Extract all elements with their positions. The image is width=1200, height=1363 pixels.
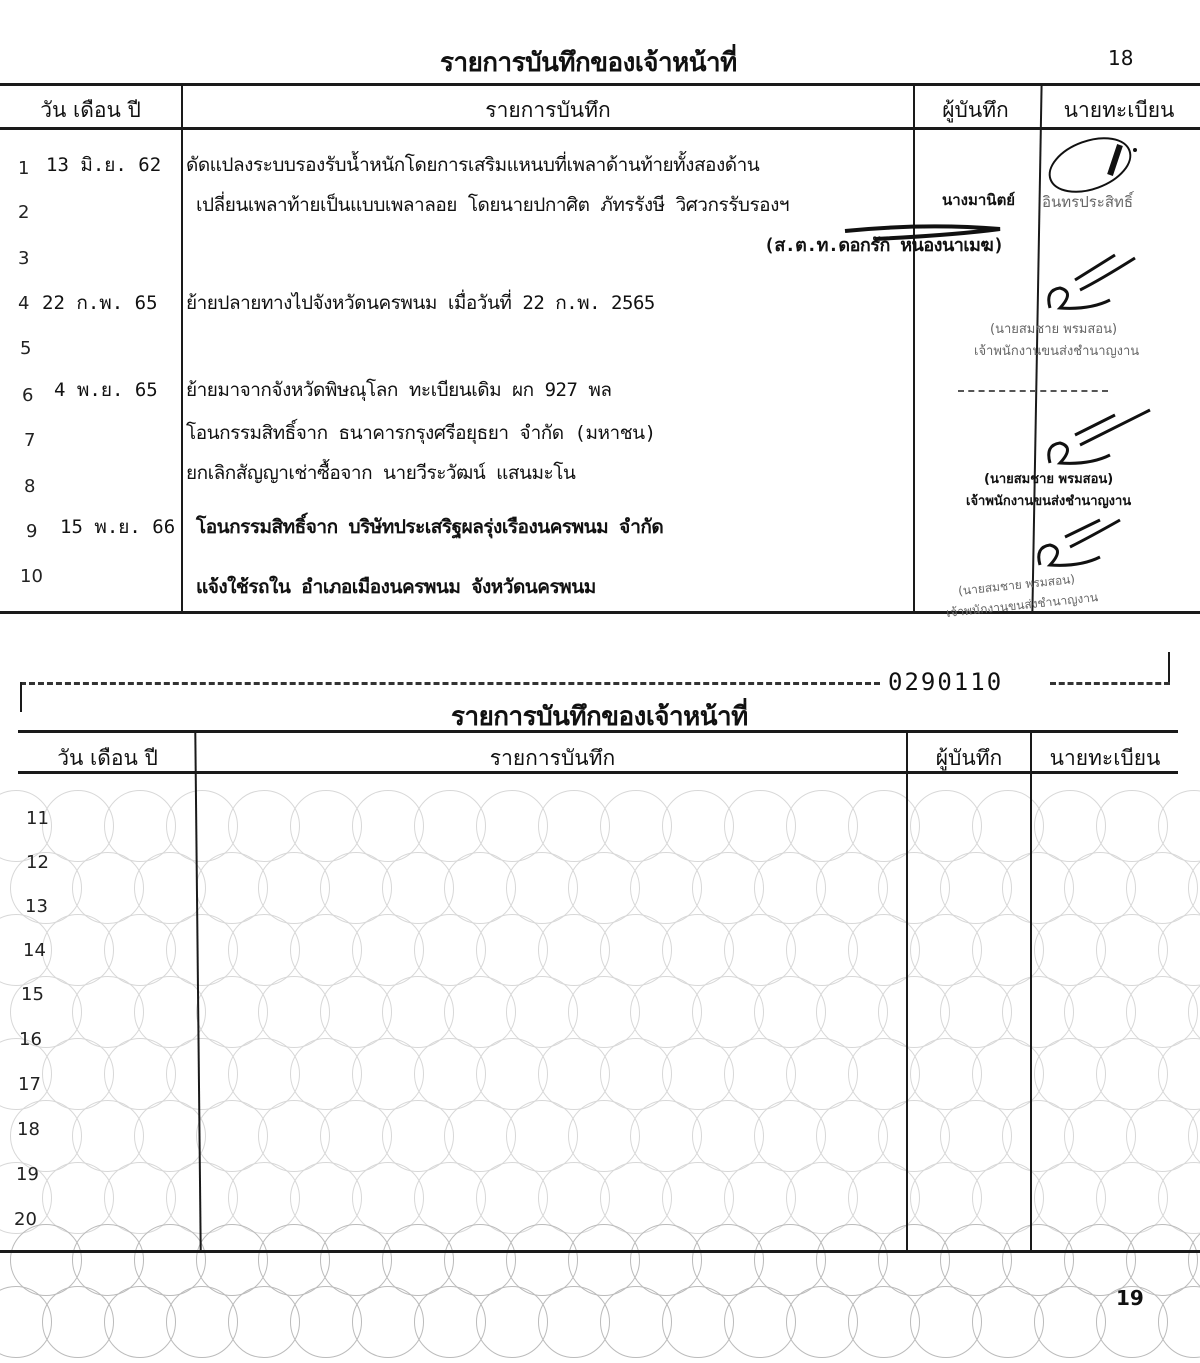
header-recorder: ผู้บันทึก bbox=[915, 94, 1036, 127]
registrar-name: (นายสมชาย พรมสอน) bbox=[984, 468, 1113, 489]
row-number: 14 bbox=[23, 940, 46, 961]
perforation-line bbox=[1050, 682, 1170, 687]
row-number: 16 bbox=[19, 1029, 42, 1050]
header-registrar: นายทะเบียน bbox=[1038, 94, 1200, 127]
header-date: วัน เดือน ปี bbox=[0, 94, 181, 127]
row-number: 12 bbox=[26, 852, 49, 873]
table-bottom-rule bbox=[0, 1250, 1200, 1253]
perforation-line bbox=[20, 682, 880, 687]
entry-text: ย้ายปลายทางไปจังหวัดนครพนม เมื่อวันที่ 2… bbox=[186, 288, 655, 318]
row-number: 17 bbox=[18, 1074, 41, 1095]
page-number: 19 bbox=[1116, 1286, 1144, 1310]
column-divider bbox=[913, 84, 915, 612]
signature-strike bbox=[835, 205, 1015, 245]
row-number: 10 bbox=[20, 566, 43, 587]
row-number: 19 bbox=[16, 1164, 39, 1185]
entry-text: โอนกรรมสิทธิ์จาก บริษัทประเสริฐผลรุ่งเรื… bbox=[196, 512, 663, 542]
row-number: 7 bbox=[24, 430, 35, 451]
registrar-title: เจ้าพนักงานขนส่งชำนาญงาน bbox=[974, 340, 1139, 361]
corner-mark bbox=[20, 682, 22, 712]
signature-mark bbox=[1040, 130, 1150, 210]
page-number: 18 bbox=[1108, 46, 1133, 70]
entry-date: 15 พ.ย. 66 bbox=[60, 512, 175, 542]
row-number: 13 bbox=[25, 896, 48, 917]
entry-text: โอนกรรมสิทธิ์จาก ธนาคารกรุงศรีอยุธยา จำก… bbox=[186, 418, 656, 448]
watermark-circle bbox=[1158, 1286, 1200, 1358]
row-number: 5 bbox=[20, 338, 31, 359]
row-number: 3 bbox=[18, 248, 29, 269]
row-number: 1 bbox=[18, 158, 29, 179]
header-registrar: นายทะเบียน bbox=[1032, 742, 1178, 775]
row-number: 20 bbox=[14, 1209, 37, 1230]
registrar-title: เจ้าพนักงานขนส่งชำนาญงาน bbox=[966, 490, 1131, 511]
signature-mark bbox=[1030, 515, 1140, 575]
row-number: 11 bbox=[26, 808, 49, 829]
divider-dash bbox=[958, 390, 1108, 394]
header-entry: รายการบันทึก bbox=[183, 94, 913, 127]
header-entry: รายการบันทึก bbox=[199, 742, 906, 775]
header-bottom-rule bbox=[0, 127, 1200, 130]
entry-date: 4 พ.ย. 65 bbox=[54, 375, 158, 405]
serial-number: 0290110 bbox=[888, 668, 1003, 696]
row-number: 15 bbox=[21, 984, 44, 1005]
entry-text: ย้ายมาจากจังหวัดพิษณุโลก ทะเบียนเดิม ผก … bbox=[186, 375, 612, 405]
corner-mark bbox=[1168, 652, 1170, 682]
entry-date: 22 ก.พ. 65 bbox=[42, 288, 158, 318]
table-top-rule bbox=[0, 83, 1200, 86]
entry-date: 13 มิ.ย. 62 bbox=[46, 150, 161, 180]
page-title: รายการบันทึกของเจ้าหน้าที่ bbox=[440, 42, 737, 83]
column-divider bbox=[181, 84, 183, 612]
entry-text: แจ้งใช้รถใน อำเภอเมืองนครพนม จังหวัดนครพ… bbox=[196, 572, 596, 602]
table-top-rule bbox=[18, 730, 1178, 733]
row-number: 2 bbox=[18, 202, 29, 223]
header-recorder: ผู้บันทึก bbox=[908, 742, 1030, 775]
registrar-name: (นายสมชาย พรมสอน) bbox=[990, 318, 1117, 339]
row-number: 4 bbox=[18, 293, 29, 314]
row-number: 9 bbox=[26, 521, 37, 542]
row-number: 6 bbox=[22, 385, 33, 406]
signature-mark bbox=[1040, 405, 1160, 475]
column-divider bbox=[906, 731, 908, 1251]
column-divider bbox=[1030, 731, 1032, 1251]
signature-mark bbox=[1040, 250, 1150, 320]
header-date: วัน เดือน ปี bbox=[18, 742, 197, 775]
row-number: 8 bbox=[24, 476, 35, 497]
row-number: 18 bbox=[17, 1119, 40, 1140]
entry-text: ยกเลิกสัญญาเช่าซื้อจาก นายวีระวัฒน์ แสนม… bbox=[186, 458, 575, 488]
entry-text: ดัดแปลงระบบรองรับน้ำหนักโดยการเสริมแหนบท… bbox=[186, 150, 759, 180]
entry-text: เปลี่ยนเพลาท้ายเป็นแบบเพลาลอย โดยนายปกาศ… bbox=[196, 190, 789, 220]
